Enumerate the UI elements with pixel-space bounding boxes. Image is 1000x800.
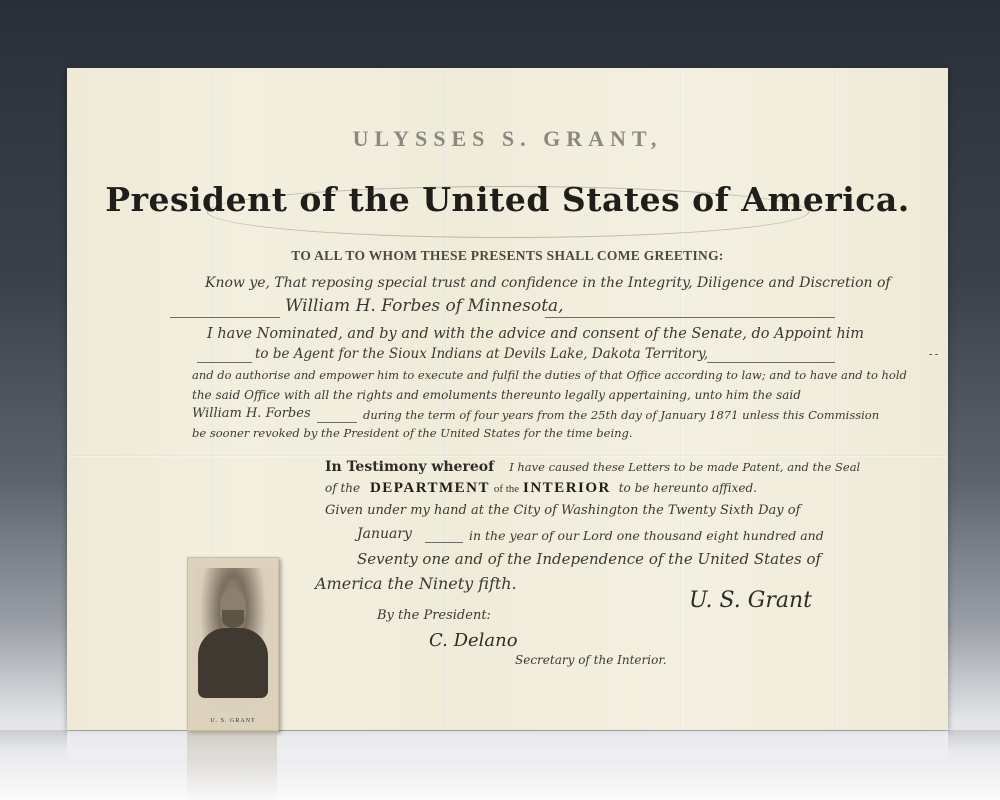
secretary-signature: C. Delano: [429, 630, 518, 651]
nominee-name: William H. Forbes of Minnesota,: [285, 296, 564, 316]
body-line-1: Know ye, That reposing special trust and…: [205, 275, 891, 291]
portrait-beard: [222, 610, 244, 628]
president-signature: U. S. Grant: [689, 588, 812, 613]
secretary-title: Secretary of the Interior.: [515, 653, 667, 667]
greeting: TO ALL TO WHOM THESE PRESENTS SHALL COME…: [67, 248, 948, 264]
blank-line: [707, 362, 835, 363]
margin-marks: - -: [929, 349, 938, 360]
testimony-line-2: of the DEPARTMENT of the INTERIOR to be …: [325, 480, 757, 497]
portrait-image: [194, 568, 272, 711]
body-line-6: the said Office with all the rights and …: [192, 388, 801, 402]
body-line-7: during the term of four years from the 2…: [363, 408, 879, 422]
testimony-line-3: Given under my hand at the City of Washi…: [325, 503, 800, 518]
portrait-body: [198, 628, 268, 698]
photo-reflection: [187, 731, 277, 800]
of-the-small: of the: [494, 483, 519, 495]
testimony-line-5: Seventy one and of the Independence of t…: [357, 550, 821, 568]
fold-line: [835, 68, 837, 730]
appointment-position: to be Agent for the Sioux Indians at Dev…: [255, 346, 708, 362]
of-the-text: of the: [325, 481, 360, 495]
affixed-text: to be hereunto affixed.: [619, 481, 757, 495]
carte-de-visite-photo: U. S. GRANT: [187, 557, 279, 731]
document-title: President of the United States of Americ…: [67, 180, 948, 219]
body-line-5: and do authorise and empower him to exec…: [192, 368, 907, 382]
blank-line: [545, 317, 835, 318]
testimony-month: January: [357, 526, 412, 542]
testimony-line-1: I have caused these Letters to be made P…: [509, 460, 860, 474]
testimony-block: In Testimony whereof I have caused these…: [325, 456, 860, 475]
body-line-7-name: William H. Forbes: [192, 406, 311, 421]
body-line-3: I have Nominated, and by and with the ad…: [207, 326, 864, 342]
by-the-president: By the President:: [377, 608, 491, 623]
blank-line: [170, 317, 280, 318]
blank-line: [197, 362, 252, 363]
testimony-line-4: in the year of our Lord one thousand eig…: [469, 528, 824, 543]
department-label: DEPARTMENT: [370, 480, 490, 496]
testimony-heading: In Testimony whereof: [325, 459, 494, 475]
arch-heading: ULYSSES S. GRANT,: [67, 126, 948, 152]
body-line-8: be sooner revoked by the President of th…: [192, 426, 633, 440]
interior-label: INTERIOR: [523, 480, 611, 496]
testimony-line-6: America the Ninety fifth.: [315, 574, 517, 593]
blank-line: [317, 422, 357, 423]
photo-caption: U. S. GRANT: [188, 718, 278, 724]
blank-line: [425, 542, 463, 543]
